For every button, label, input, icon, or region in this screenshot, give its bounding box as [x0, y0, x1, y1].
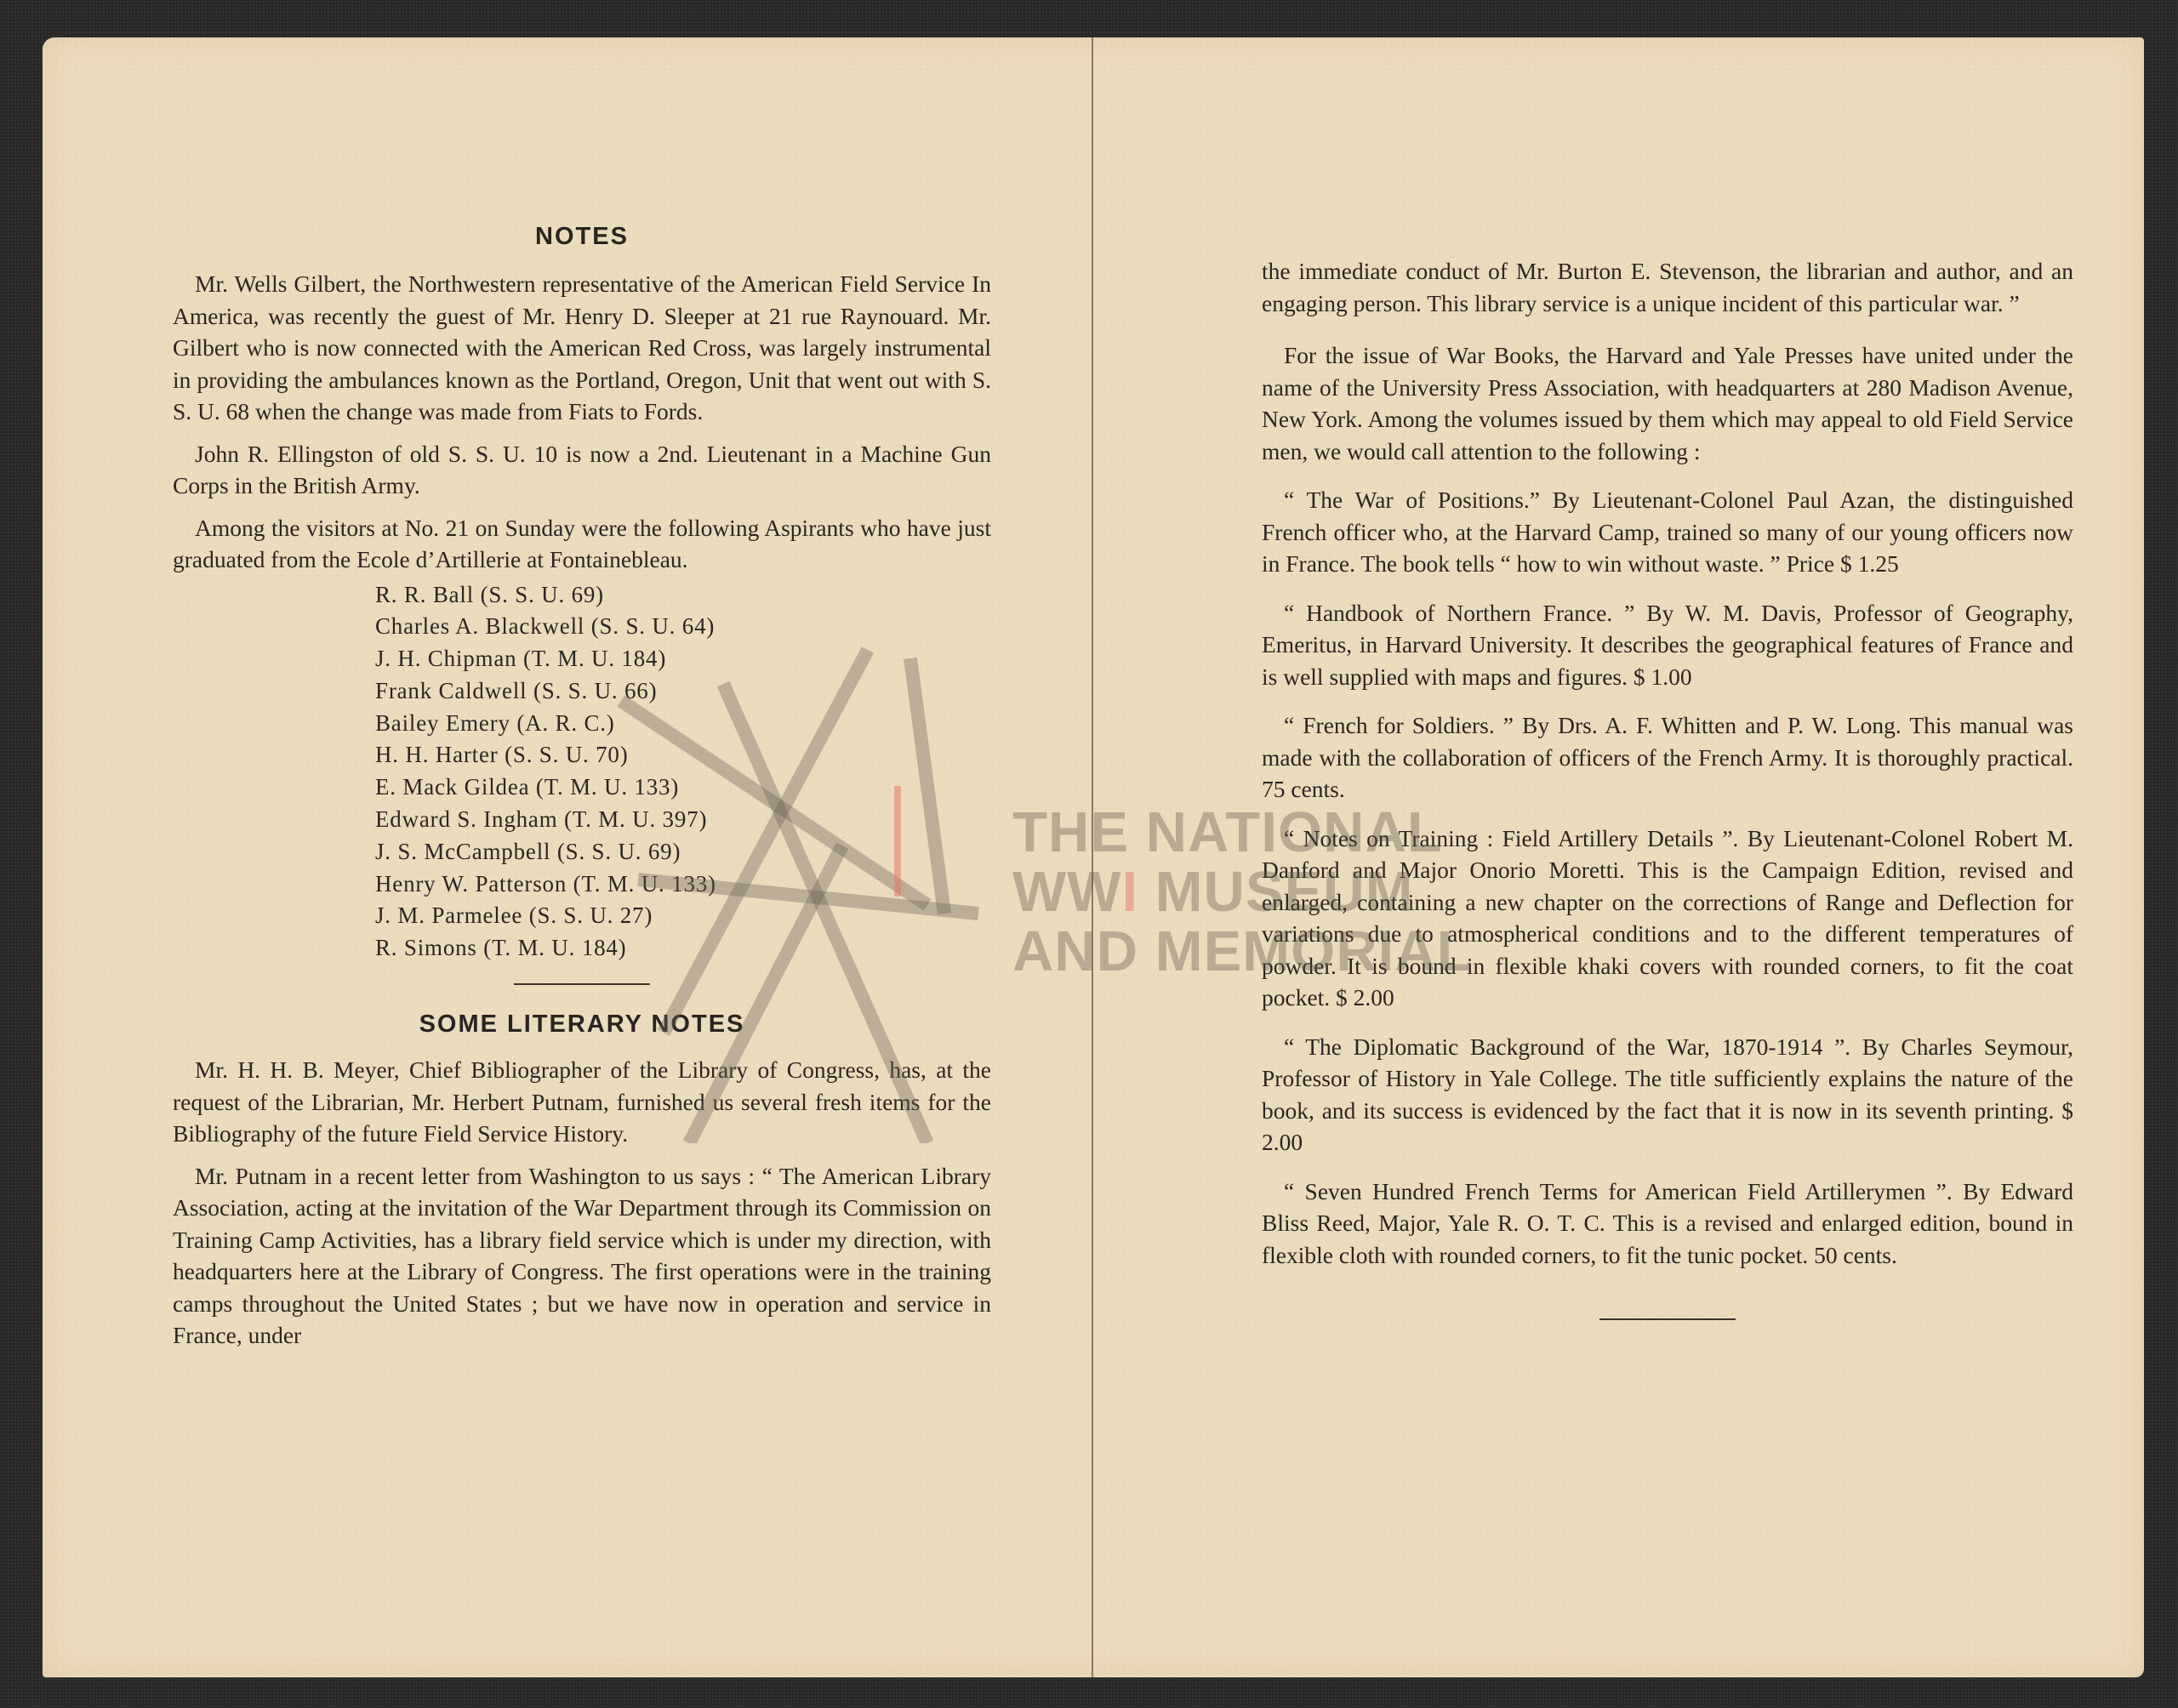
book-entry: “ The Diplomatic Background of the War, …	[1262, 1031, 2073, 1159]
aspirant-item: J. M. Parmelee (S. S. U. 27)	[375, 900, 991, 932]
aspirant-item: H. H. Harter (S. S. U. 70)	[375, 739, 991, 771]
aspirant-item: J. S. McCampbell (S. S. U. 69)	[375, 836, 991, 868]
aspirant-item: Charles A. Blackwell (S. S. U. 64)	[375, 611, 991, 643]
right-page: the immediate conduct of Mr. Burton E. S…	[1093, 37, 2144, 1677]
end-divider	[1599, 1318, 1736, 1320]
left-page: NOTES Mr. Wells Gilbert, the Northwester…	[43, 37, 1092, 1677]
left-page-column: NOTES Mr. Wells Gilbert, the Northwester…	[173, 223, 991, 1362]
book-entry: “ Handbook of Northern France. ” By W. M…	[1262, 597, 2073, 693]
literary-paragraph: Mr. Putnam in a recent letter from Washi…	[173, 1160, 991, 1352]
book-entry: “ Seven Hundred French Terms for America…	[1262, 1176, 2073, 1272]
notes-paragraph: John R. Ellingston of old S. S. U. 10 is…	[173, 438, 991, 502]
section-divider	[514, 983, 650, 985]
literary-notes-heading: SOME LITERARY NOTES	[173, 1011, 991, 1039]
aspirant-item: Bailey Emery (A. R. C.)	[375, 708, 991, 740]
book-entry: “ The War of Positions.” By Lieutenant-C…	[1262, 484, 2073, 580]
literary-paragraph: Mr. H. H. B. Meyer, Chief Bibliographer …	[173, 1054, 991, 1150]
aspirant-item: Henry W. Patterson (T. M. U. 133)	[375, 868, 991, 901]
aspirant-item: Edward S. Ingham (T. M. U. 397)	[375, 804, 991, 836]
aspirant-item: R. R. Ball (S. S. U. 69)	[375, 579, 991, 612]
notes-heading: NOTES	[173, 223, 991, 251]
book-entry: “ Notes on Training : Field Artillery De…	[1262, 823, 2073, 1014]
aspirant-item: R. Simons (T. M. U. 184)	[375, 932, 991, 965]
notes-paragraph: Among the visitors at No. 21 on Sunday w…	[173, 512, 991, 576]
right-page-column: the immediate conduct of Mr. Burton E. S…	[1262, 255, 2073, 1320]
aspirant-item: E. Mack Gildea (T. M. U. 133)	[375, 771, 991, 804]
book-entry: “ French for Soldiers. ” By Drs. A. F. W…	[1262, 709, 2073, 806]
aspirant-item: Frank Caldwell (S. S. U. 66)	[375, 675, 991, 708]
aspirants-list: R. R. Ball (S. S. U. 69) Charles A. Blac…	[375, 579, 991, 965]
notes-paragraph: Mr. Wells Gilbert, the Northwestern repr…	[173, 268, 991, 428]
aspirant-item: J. H. Chipman (T. M. U. 184)	[375, 643, 991, 675]
document-spread: NOTES Mr. Wells Gilbert, the Northwester…	[43, 37, 2144, 1677]
war-books-intro: For the issue of War Books, the Harvard …	[1262, 339, 2073, 467]
continued-quote: the immediate conduct of Mr. Burton E. S…	[1262, 255, 2073, 319]
